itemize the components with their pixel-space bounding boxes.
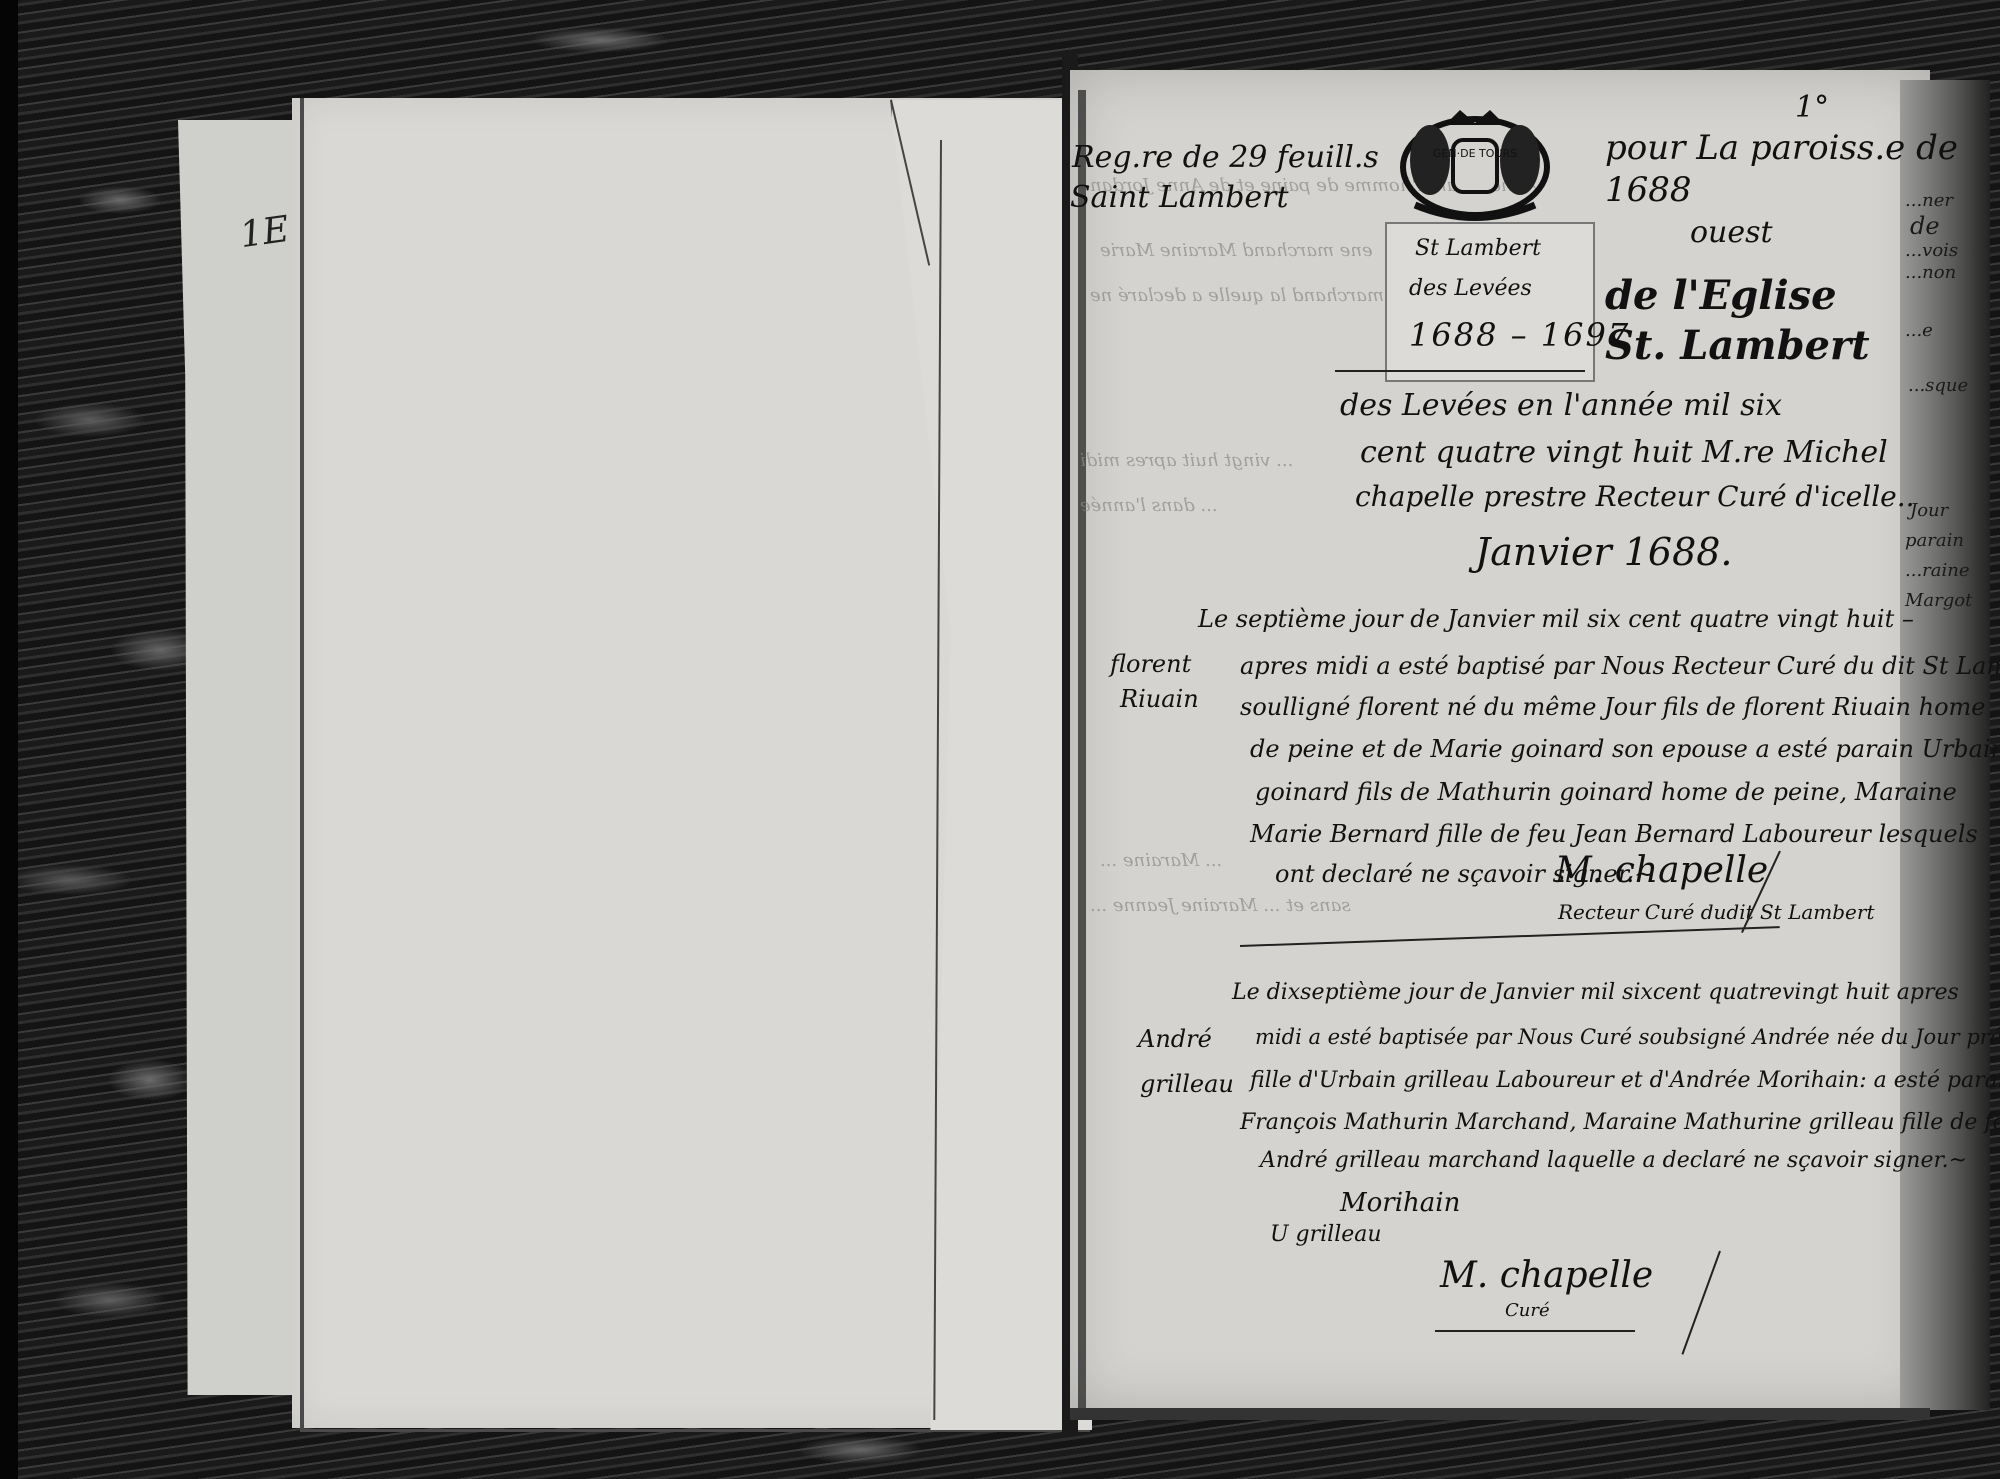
register-note: Reg.re de 29 feuill.s — [1072, 140, 1379, 175]
entry-2-line: Le dixseptième jour de Janvier mil sixce… — [1232, 980, 1959, 1005]
bleed-through-text: le marchand la quelle a declaré ne — [1090, 285, 1406, 306]
entry-1-line: Marie Bernard fille de feu Jean Bernard … — [1250, 820, 1978, 848]
title-line-4: cent quatre vingt huit M.re Michel — [1360, 435, 1888, 470]
bleed-through-text: ... vingt huit apres midi — [1080, 450, 1293, 471]
margin-name-first: florent — [1110, 650, 1191, 678]
margin-fragment: Margot — [1905, 590, 1972, 611]
bleed-through-text: ... dans l'année — [1080, 495, 1218, 516]
entry-2-line: fille d'Urbain grilleau Laboureur et d'A… — [1250, 1068, 2000, 1093]
entry-2-signature: M. chapelle — [1440, 1255, 1653, 1296]
folio-number: 1° — [1795, 90, 1829, 125]
entry-1-line: apres midi a esté baptisé par Nous Recte… — [1240, 652, 2000, 680]
margin-fragment: ...sque — [1908, 375, 1968, 396]
title-church: B... de l'Eglisede l'Eglise — [1605, 272, 1837, 319]
margin-fragment: de — [1910, 212, 1940, 240]
entry-2-line: André grilleau marchand laquelle a decla… — [1260, 1148, 1967, 1173]
archive-label: St Lambert des Levées 1688 – 1697 — [1385, 222, 1595, 382]
margin-name-last: grilleau — [1140, 1070, 1234, 1098]
month-heading: Janvier 1688. — [1475, 530, 1733, 574]
bleed-through-text: sans et ... Maraine Jeanne ... — [1090, 895, 1351, 916]
witness-signature: U grilleau — [1270, 1222, 1382, 1247]
signature-underline — [1435, 1330, 1635, 1332]
margin-fragment: Jour — [1910, 500, 1948, 521]
title-line-5: chapelle prestre Recteur Curé d'icelle.. — [1355, 480, 1915, 513]
margin-fragment: ...non — [1905, 262, 1956, 283]
entry-1-line: de peine et de Marie goinard son epouse … — [1250, 735, 2000, 763]
parish-name: Saint Lambert — [1070, 180, 1289, 215]
title-line-3: des Levées en l'année mil six — [1340, 388, 1782, 423]
page-bottom-edge — [1070, 1408, 1930, 1420]
scan-edge — [0, 0, 18, 1479]
entry-2-line: François Mathurin Marchand, Maraine Math… — [1240, 1110, 2000, 1135]
archive-label-dates: 1688 – 1697 — [1409, 316, 1630, 354]
archive-label-parish: St Lambert — [1415, 236, 1541, 261]
header-place: ouest — [1690, 215, 1773, 250]
parish-heading: pour La paroiss.e de — [1605, 128, 1958, 168]
entry-2-signature-title: Curé — [1505, 1300, 1550, 1321]
entry-1-line: Le septième jour de Janvier mil six cent… — [1198, 605, 1914, 633]
margin-fragment: ...ner — [1905, 190, 1953, 211]
margin-name-last: Riuain — [1120, 685, 1199, 713]
entry-1-signature: M. chapelle — [1555, 850, 1768, 891]
margin-name-first: André — [1138, 1025, 1212, 1053]
title-flourish — [1335, 370, 1585, 372]
entry-1-line: goinard fils de Mathurin goinard home de… — [1255, 778, 1957, 806]
bleed-through-text: ... Maraine ... — [1100, 850, 1222, 871]
header-year: 1688 — [1605, 170, 1692, 210]
entry-1-line: soulligné florent né du même Jour fils d… — [1240, 693, 1986, 721]
flyleaf-note: 1E — [237, 209, 291, 256]
entry-2-line: midi a esté baptisée par Nous Curé soubs… — [1255, 1025, 2000, 1049]
bleed-through-text: ene marchand Maraine Marie — [1100, 240, 1373, 261]
coat-of-arms-seal-icon: GEN·DE TOURS — [1385, 105, 1565, 225]
margin-fragment: ...vois — [1905, 240, 1958, 261]
title-saint-lambert: St. Lambert — [1605, 322, 1870, 369]
margin-fragment: ...e — [1905, 320, 1933, 341]
archive-label-subtitle: des Levées — [1409, 276, 1532, 301]
flyleaf-back-sheet — [178, 120, 298, 1395]
margin-fragment: parain — [1905, 530, 1964, 551]
svg-text:GEN·DE TOURS: GEN·DE TOURS — [1433, 147, 1517, 160]
margin-rule — [1078, 90, 1086, 1410]
entry-1-signature-title: Recteur Curé dudit St Lambert — [1558, 900, 1874, 924]
witness-signature: Morihain — [1340, 1188, 1460, 1218]
margin-fragment: ...raine — [1905, 560, 1970, 581]
